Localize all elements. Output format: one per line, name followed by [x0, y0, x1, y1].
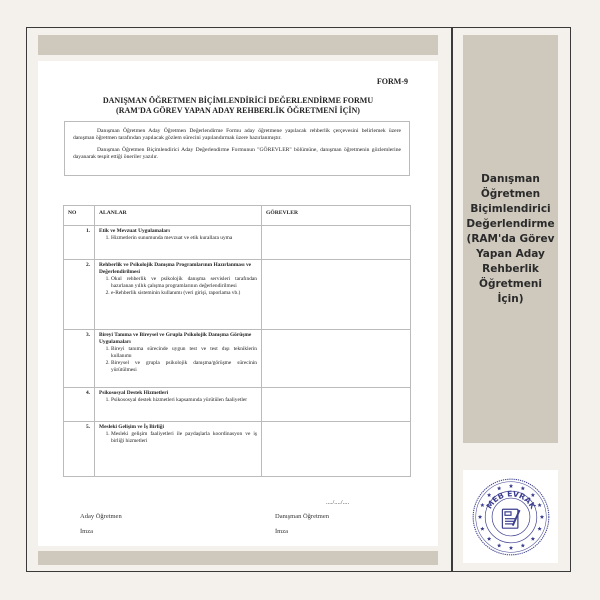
- document-pen-icon: [502, 509, 519, 528]
- svg-text:MEB EVRAK: MEB EVRAK: [484, 489, 537, 511]
- table-row: 5.Mesleki Gelişim ve İş BirliğiMesleki g…: [64, 422, 411, 477]
- area-title: Psikososyal Destek Hizmetleri: [99, 390, 257, 397]
- area-item: Psikososyal destek hizmetleri kapsamında…: [111, 397, 257, 404]
- area-title: Bireyi Tanıma ve Bireysel ve Grupla Psik…: [99, 332, 257, 346]
- advisor-teacher-label: Danışman Öğretmen: [275, 513, 329, 520]
- area-items: Psikososyal destek hizmetleri kapsamında…: [99, 397, 257, 404]
- caption-panel: Danışman Öğretmen Biçimlendirici Değerle…: [463, 35, 558, 443]
- area-cell: Etik ve Mevzuat UygulamalarıHizmetlerin …: [95, 226, 262, 260]
- area-item: Bireysel ve grupla psikolojik danışma/gö…: [111, 360, 257, 374]
- document-title: DANIŞMAN ÖĞRETMEN BİÇİMLENDİRİCİ DEĞERLE…: [38, 96, 438, 116]
- tasks-cell[interactable]: [262, 226, 411, 260]
- intro-box: Danışman Öğretmen Aday Öğretmen Değerlen…: [64, 121, 410, 176]
- row-number: 5.: [64, 422, 95, 477]
- top-band: [38, 35, 438, 55]
- area-items: Okul rehberlik ve psikolojik danışma ser…: [99, 276, 257, 297]
- tasks-cell[interactable]: [262, 260, 411, 330]
- area-item: Hizmetlerin sunumunda mevzuat ve etik ku…: [111, 235, 257, 242]
- area-items: Mesleki gelişim faaliyetleri ile paydaşl…: [99, 431, 257, 445]
- intro-paragraph-2: Danışman Öğretmen Biçimlendirici Aday De…: [73, 147, 401, 162]
- header-alanlar: ALANLAR: [95, 206, 262, 226]
- area-cell: Mesleki Gelişim ve İş BirliğiMesleki gel…: [95, 422, 262, 477]
- logo-box: MEB EVRAK: [463, 470, 558, 563]
- intro-paragraph-1: Danışman Öğretmen Aday Öğretmen Değerlen…: [73, 128, 401, 143]
- area-cell: Rehberlik ve Psikolojik Danışma Programl…: [95, 260, 262, 330]
- title-line-2: (RAM'DA GÖREV YAPAN ADAY REHBERLİK ÖĞRET…: [38, 106, 438, 116]
- area-item: Bireyi tanıma sürecinde uygun test ve te…: [111, 346, 257, 360]
- table-row: 4.Psikososyal Destek HizmetleriPsikososy…: [64, 388, 411, 422]
- area-items: Bireyi tanıma sürecinde uygun test ve te…: [99, 346, 257, 374]
- row-number: 4.: [64, 388, 95, 422]
- area-cell: Psikososyal Destek HizmetleriPsikososyal…: [95, 388, 262, 422]
- area-item: e-Rehberlik sisteminin kullanımı (veri g…: [111, 290, 257, 297]
- meb-evrak-seal-icon: MEB EVRAK: [468, 474, 554, 560]
- area-item: Mesleki gelişim faaliyetleri ile paydaşl…: [111, 431, 257, 445]
- table-row: 3.Bireyi Tanıma ve Bireysel ve Grupla Ps…: [64, 330, 411, 388]
- candidate-teacher-label: Aday Öğretmen: [80, 513, 122, 520]
- table-row: 2.Rehberlik ve Psikolojik Danışma Progra…: [64, 260, 411, 330]
- area-items: Hizmetlerin sunumunda mevzuat ve etik ku…: [99, 235, 257, 242]
- title-line-1: DANIŞMAN ÖĞRETMEN BİÇİMLENDİRİCİ DEĞERLE…: [38, 96, 438, 106]
- panel-divider: [451, 27, 453, 572]
- header-gorevler: GÖREVLER: [262, 206, 411, 226]
- row-number: 2.: [64, 260, 95, 330]
- candidate-signature-label: İmza: [80, 528, 93, 535]
- tasks-cell[interactable]: [262, 330, 411, 388]
- table-row: 1.Etik ve Mevzuat UygulamalarıHizmetleri…: [64, 226, 411, 260]
- caption-text: Danışman Öğretmen Biçimlendirici Değerle…: [463, 172, 558, 307]
- tasks-cell[interactable]: [262, 388, 411, 422]
- document-page: FORM-9 DANIŞMAN ÖĞRETMEN BİÇİMLENDİRİCİ …: [38, 61, 438, 546]
- area-title: Mesleki Gelişim ve İş Birliği: [99, 424, 257, 431]
- header-no: NO: [64, 206, 95, 226]
- area-title: Rehberlik ve Psikolojik Danışma Programl…: [99, 262, 257, 276]
- row-number: 1.: [64, 226, 95, 260]
- area-title: Etik ve Mevzuat Uygulamaları: [99, 228, 257, 235]
- tasks-cell[interactable]: [262, 422, 411, 477]
- row-number: 3.: [64, 330, 95, 388]
- area-item: Okul rehberlik ve psikolojik danışma ser…: [111, 276, 257, 290]
- bottom-band: [38, 551, 438, 565]
- advisor-signature-label: İmza: [275, 528, 288, 535]
- evaluation-table: NO ALANLAR GÖREVLER 1.Etik ve Mevzuat Uy…: [63, 205, 411, 477]
- form-number: FORM-9: [377, 77, 408, 86]
- area-cell: Bireyi Tanıma ve Bireysel ve Grupla Psik…: [95, 330, 262, 388]
- date-placeholder: ..../..../....: [326, 499, 349, 506]
